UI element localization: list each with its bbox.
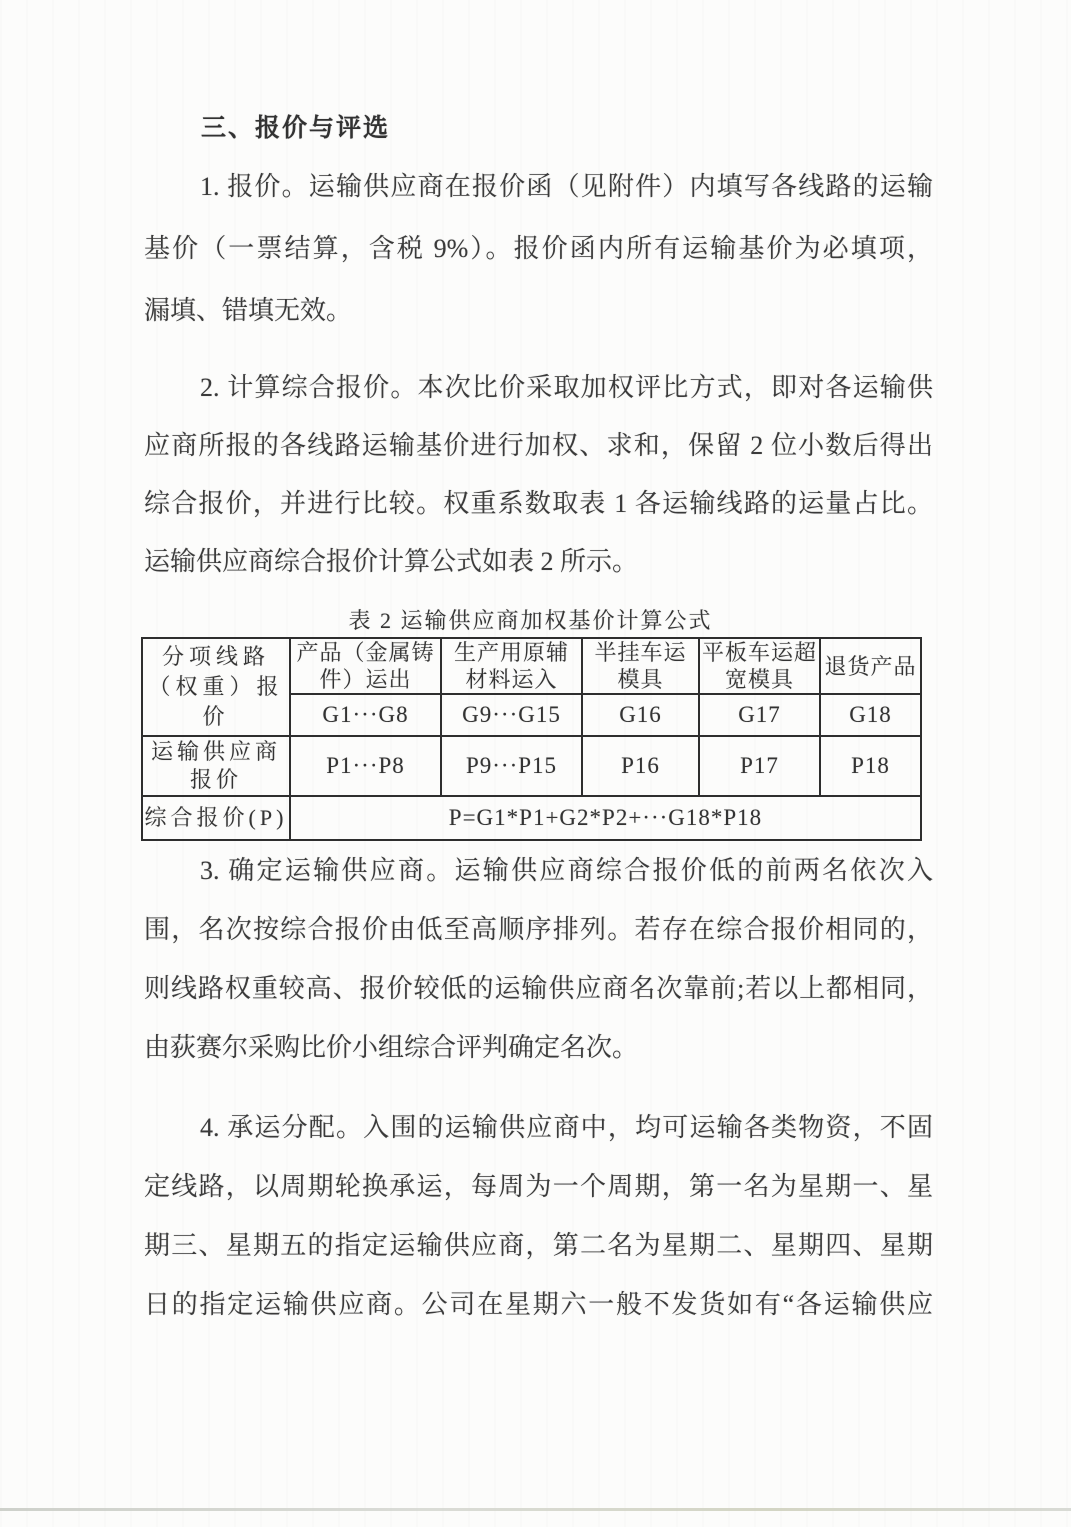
paragraph-2: 2. 计算综合报价。本次比价采取加权评比方式，即对各运输供 应商所报的各线路运输… — [144, 359, 933, 591]
weight-value-cell: G9···G15 — [441, 694, 582, 736]
weighted-base-price-table: 分项线路 （权重）报 价 产品（金属铸 件）运出 生产用原辅 材料运入 半挂车运… — [141, 637, 922, 841]
paragraph-line: 4. 承运分配。入围的运输供应商中，均可运输各类物资，不固 — [144, 1098, 933, 1157]
table-column-header-cell: 生产用原辅 材料运入 — [441, 638, 582, 694]
paragraph-line: 应商所报的各线路运输基价进行加权、求和，保留 2 位小数后得出 — [144, 417, 933, 475]
composite-formula-cell: P=G1*P1+G2*P2+···G18*P18 — [290, 796, 921, 840]
paragraph-line: 日的指定运输供应商。公司在星期六一般不发货如有“各运输供应 — [144, 1275, 933, 1334]
price-value-cell: P1···P8 — [290, 736, 441, 796]
price-value-cell: P9···P15 — [441, 736, 582, 796]
paragraph-line: 2. 计算综合报价。本次比价采取加权评比方式，即对各运输供 — [144, 359, 933, 417]
paragraph-line: 1. 报价。运输供应商在报价函（见附件）内填写各线路的运输 — [144, 156, 933, 218]
price-value-cell: P18 — [820, 736, 921, 796]
scanner-page-edge-line — [0, 1508, 1071, 1511]
paragraph-line: 基价（一票结算，含税 9%）。报价函内所有运输基价为必填项， — [144, 218, 933, 280]
table-column-header-cell: 产品（金属铸 件）运出 — [290, 638, 441, 694]
weight-value-cell: G17 — [699, 694, 820, 736]
weight-value-cell: G16 — [582, 694, 699, 736]
table-caption: 表 2 运输供应商加权基价计算公式 — [141, 606, 920, 636]
paragraph-line: 围，名次按综合报价由低至高顺序排列。若存在综合报价相同的， — [144, 900, 933, 959]
section-heading: 三、报价与评选 — [201, 114, 390, 144]
price-value-cell: P16 — [582, 736, 699, 796]
composite-label-cell: 综合报价(P) — [142, 796, 290, 840]
weight-value-cell: G18 — [820, 694, 921, 736]
paragraph-line: 3. 确定运输供应商。运输供应商综合报价低的前两名依次入 — [144, 841, 933, 900]
table-column-header-cell: 半挂车运 模具 — [582, 638, 699, 694]
paragraph-line: 综合报价，并进行比较。权重系数取表 1 各运输线路的运量占比。 — [144, 475, 933, 533]
paragraph-line: 则线路权重较高、报价较低的运输供应商名次靠前;若以上都相同， — [144, 959, 933, 1018]
paragraph-1: 1. 报价。运输供应商在报价函（见附件）内填写各线路的运输 基价（一票结算，含税… — [144, 156, 933, 342]
paragraph-4: 4. 承运分配。入围的运输供应商中，均可运输各类物资，不固 定线路，以周期轮换承… — [144, 1098, 933, 1334]
price-value-cell: P17 — [699, 736, 820, 796]
table-column-header-cell: 退货产品 — [820, 638, 921, 694]
paragraph-line: 由荻赛尔采购比价小组综合评判确定名次。 — [144, 1018, 933, 1077]
table-corner-header-cell: 分项线路 （权重）报 价 — [142, 638, 290, 736]
weight-value-cell: G1···G8 — [290, 694, 441, 736]
paragraph-3: 3. 确定运输供应商。运输供应商综合报价低的前两名依次入 围，名次按综合报价由低… — [144, 841, 933, 1077]
scanned-document-page: { "document": { "heading": "三、报价与评选", "p… — [0, 0, 1071, 1527]
paragraph-line: 定线路，以周期轮换承运，每周为一个周期，第一名为星期一、星 — [144, 1157, 933, 1216]
price-row-label-cell: 运输供应商 报价 — [142, 736, 290, 796]
paragraph-line: 期三、星期五的指定运输供应商，第二名为星期二、星期四、星期 — [144, 1216, 933, 1275]
paragraph-line: 漏填、错填无效。 — [144, 280, 933, 342]
paragraph-line: 运输供应商综合报价计算公式如表 2 所示。 — [144, 533, 933, 591]
table-column-header-cell: 平板车运超 宽模具 — [699, 638, 820, 694]
